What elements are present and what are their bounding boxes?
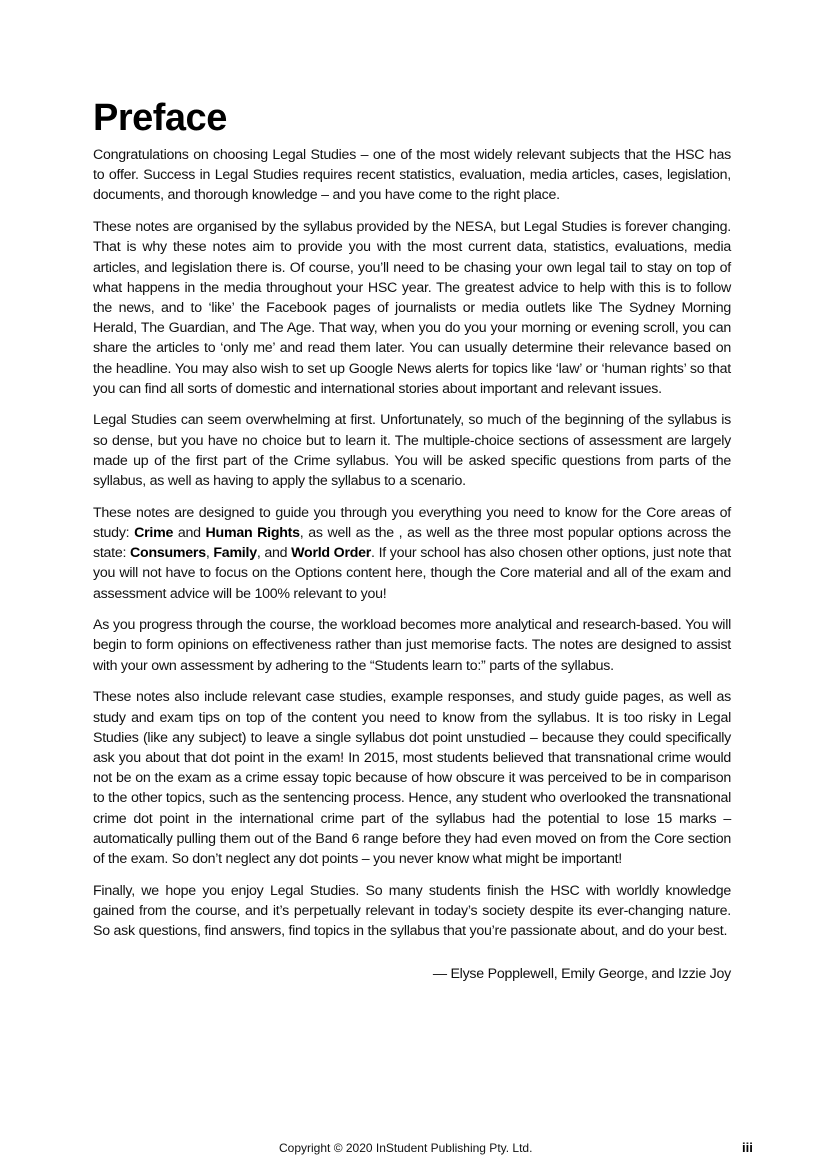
author-signature: — Elyse Popplewell, Emily George, and Iz…	[93, 964, 731, 984]
bold-term-human-rights: Human Rights	[206, 525, 300, 541]
paragraph-core-areas: These notes are designed to guide you th…	[93, 503, 731, 604]
document-page: Preface Congratulations on choosing Lega…	[93, 96, 731, 984]
bold-term-crime: Crime	[134, 525, 173, 541]
bold-term-world-order: World Order	[291, 545, 371, 561]
bold-term-consumers: Consumers	[130, 545, 206, 561]
text-segment: and	[173, 525, 205, 541]
paragraph-intro: Congratulations on choosing Legal Studie…	[93, 145, 731, 206]
paragraph-case-studies: These notes also include relevant case s…	[93, 687, 731, 869]
text-segment: , and	[257, 545, 291, 561]
page-footer: Copyright © 2020 InStudent Publishing Pt…	[0, 1139, 823, 1157]
bold-term-family: Family	[213, 545, 256, 561]
page-title: Preface	[93, 96, 731, 140]
paragraph-finally: Finally, we hope you enjoy Legal Studies…	[93, 881, 731, 942]
paragraph-progress: As you progress through the course, the …	[93, 615, 731, 676]
page-number: iii	[742, 1139, 753, 1157]
paragraph-syllabus-notes: These notes are organised by the syllabu…	[93, 217, 731, 399]
paragraph-overwhelming: Legal Studies can seem overwhelming at f…	[93, 410, 731, 491]
copyright-notice: Copyright © 2020 InStudent Publishing Pt…	[279, 1139, 532, 1157]
